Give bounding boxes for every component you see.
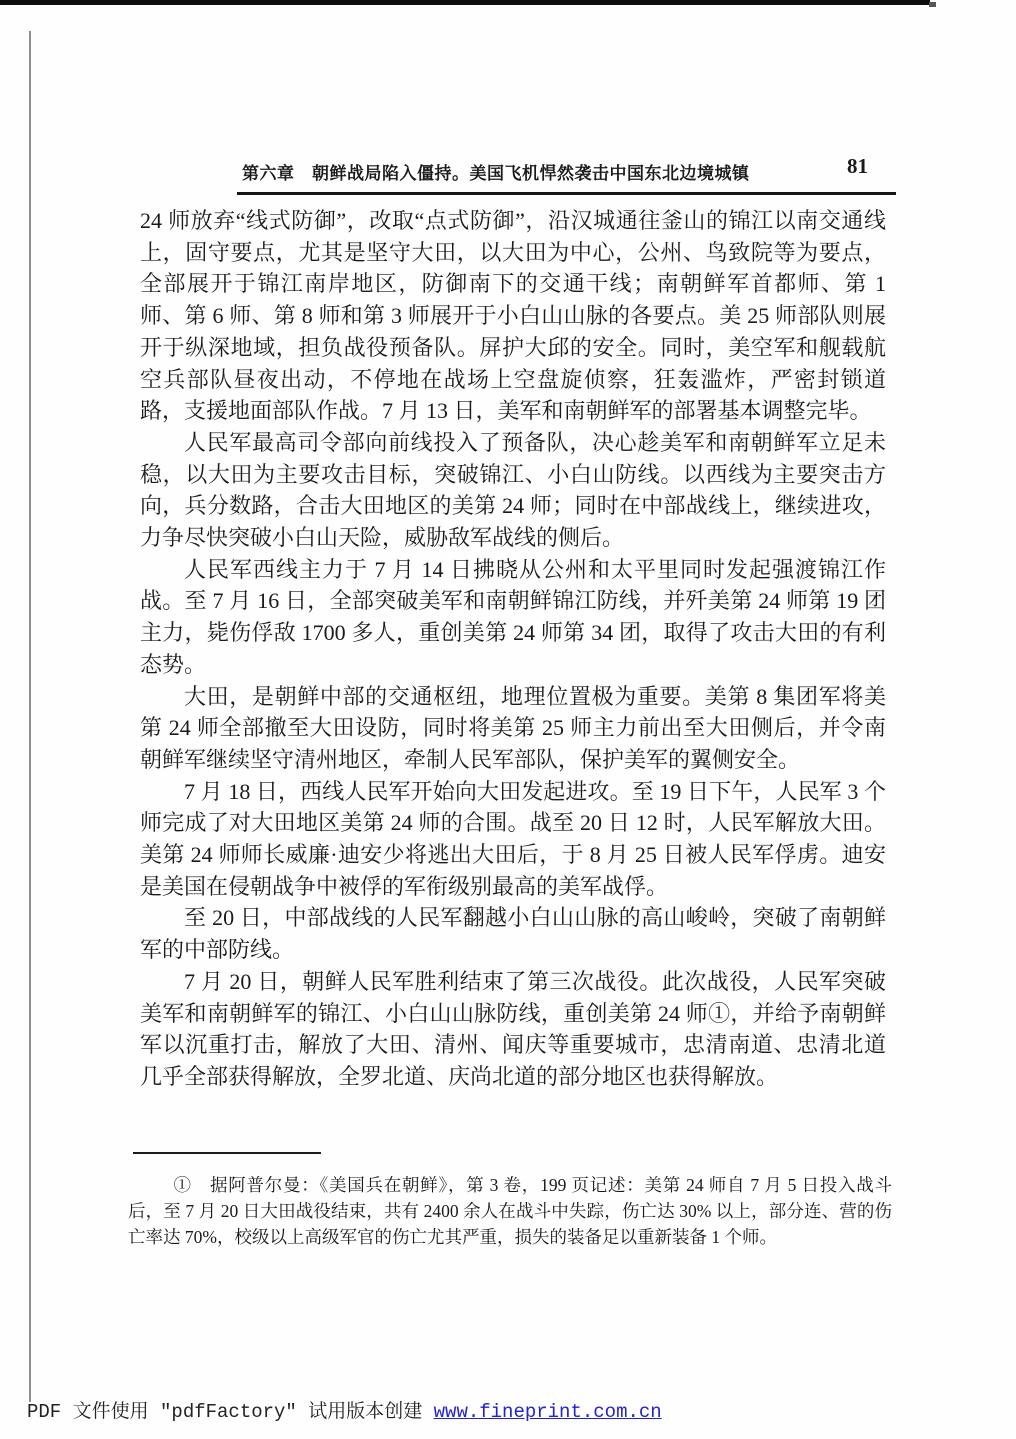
pdf-watermark: PDF 文件使用 ″pdfFactory″ 试用版本创建 www.finepri… — [27, 1396, 662, 1423]
paragraph-2: 人民军最高司令部向前线投入了预备队，决心趁美军和南朝鲜军立足未稳，以大田为主要攻… — [140, 427, 886, 554]
watermark-text: PDF 文件使用 ″pdfFactory″ 试用版本创建 — [27, 1401, 434, 1423]
watermark-link[interactable]: www.fineprint.com.cn — [434, 1401, 662, 1423]
body-text: 24 师放弃“线式防御”，改取“点式防御”，沿汉城通往釜山的锦江以南交通线上，固… — [140, 205, 886, 1093]
scan-page-edge-line — [29, 31, 31, 1402]
paragraph-7: 7 月 20 日，朝鲜人民军胜利结束了第三次战役。此次战役，人民军突破美军和南朝… — [140, 966, 886, 1093]
paragraph-4: 大田，是朝鲜中部的交通枢纽，地理位置极为重要。美第 8 集团军将美第 24 师全… — [140, 681, 886, 776]
paragraph-6: 至 20 日，中部战线的人民军翻越小白山山脉的高山峻岭，突破了南朝鲜军的中部防线… — [140, 902, 886, 965]
header-rule — [237, 192, 896, 195]
scan-speck-artifact — [929, 2, 936, 7]
scan-top-edge-artifact — [0, 0, 930, 5]
paragraph-5: 7 月 18 日，西线人民军开始向大田发起进攻。至 19 日下午，人民军 3 个… — [140, 776, 886, 903]
footnote-text: ① 据阿普尔曼：《美国兵在朝鲜》，第 3 卷，199 页记述：美第 24 师自 … — [128, 1172, 892, 1250]
paragraph-1: 24 师放弃“线式防御”，改取“点式防御”，沿汉城通往釜山的锦江以南交通线上，固… — [140, 205, 886, 427]
paragraph-3: 人民军西线主力于 7 月 14 日拂晓从公州和太平里同时发起强渡锦江作战。至 7… — [140, 554, 886, 681]
scanned-book-page: 第六章 朝鲜战局陷入僵持。美国飞机悍然袭击中国东北边境城镇 81 24 师放弃“… — [0, 0, 1016, 1439]
footnote-divider — [133, 1152, 321, 1154]
chapter-title: 第六章 朝鲜战局陷入僵持。美国飞机悍然袭击中国东北边境城镇 — [242, 159, 750, 184]
page-number: 81 — [847, 154, 868, 179]
running-header: 第六章 朝鲜战局陷入僵持。美国飞机悍然袭击中国东北边境城镇 81 — [238, 153, 896, 189]
